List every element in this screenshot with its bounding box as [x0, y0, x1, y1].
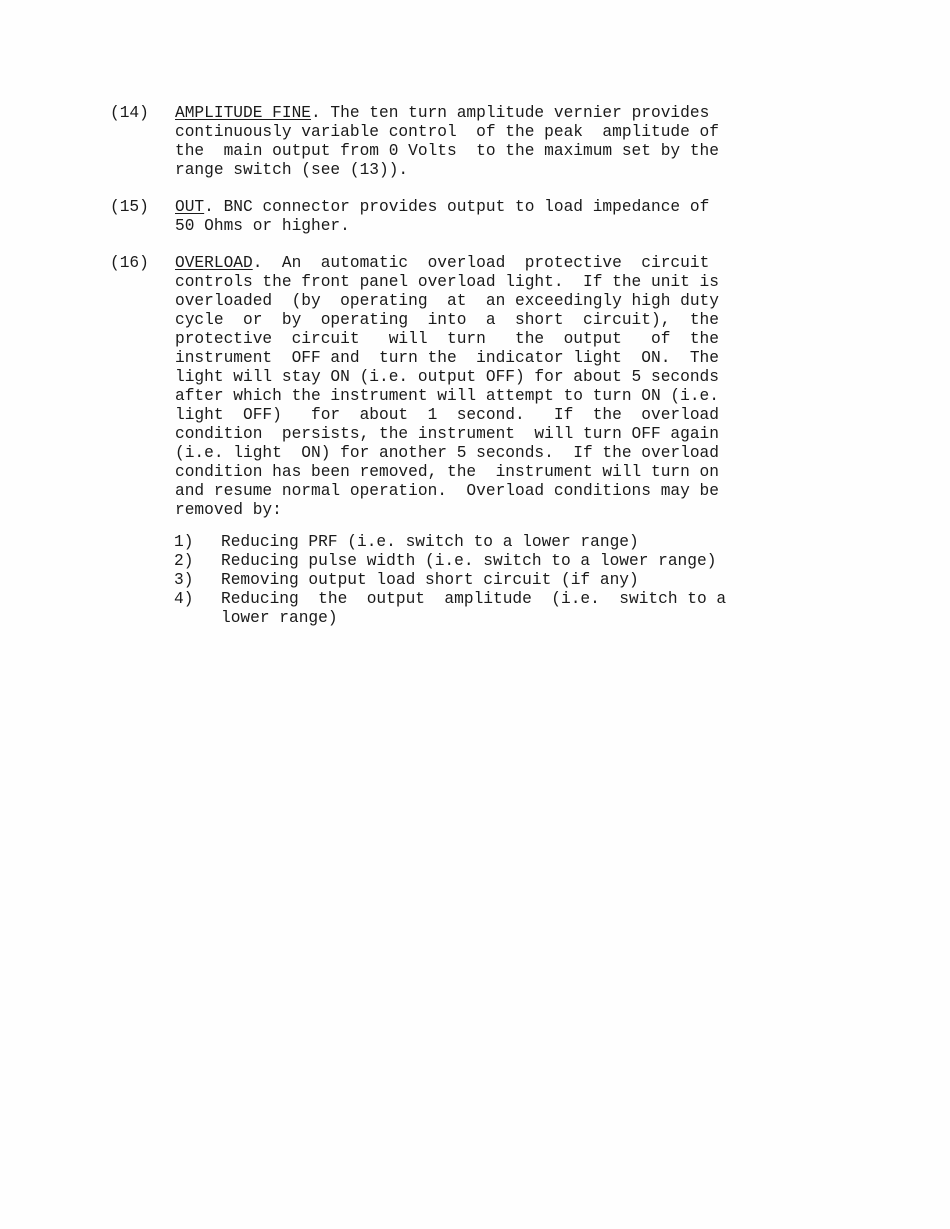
list-item-text: Reducing the output amplitude (i.e. swit… [221, 590, 726, 609]
list-item-text: Reducing PRF (i.e. switch to a lower ran… [221, 533, 639, 552]
item-line: after which the instrument will attempt … [175, 387, 719, 406]
item-line: and resume normal operation. Overload co… [175, 482, 719, 501]
item-line: the main output from 0 Volts to the maxi… [175, 142, 719, 161]
item-line: light will stay ON (i.e. output OFF) for… [175, 368, 719, 387]
list-item-number: 1) [174, 533, 193, 552]
item-title: AMPLITUDE FINE [175, 104, 311, 122]
list-item-text: Reducing pulse width (i.e. switch to a l… [221, 552, 716, 571]
item-line: continuously variable control of the pea… [175, 123, 719, 142]
list-item-number: 3) [174, 571, 193, 590]
list-item-number: 4) [174, 590, 193, 609]
item-title: OUT [175, 198, 204, 216]
item-number: (14) [110, 104, 149, 123]
list-item-number: 2) [174, 552, 193, 571]
item-line: range switch (see (13)). [175, 161, 408, 180]
item-line: light OFF) for about 1 second. If the ov… [175, 406, 719, 425]
item-line: removed by: [175, 501, 282, 520]
list-item-text: lower range) [221, 609, 338, 628]
item-title: OVERLOAD [175, 254, 253, 272]
item-line: OUT. BNC connector provides output to lo… [175, 198, 709, 217]
list-item: 3) Removing output load short circuit (i… [174, 571, 814, 590]
item-line: condition has been removed, the instrume… [175, 463, 719, 482]
list-item: 1) Reducing PRF (i.e. switch to a lower … [174, 533, 814, 552]
list-item: 4) Reducing the output amplitude (i.e. s… [174, 590, 814, 628]
item-line: controls the front panel overload light.… [175, 273, 719, 292]
item-number: (16) [110, 254, 149, 273]
item-line: protective circuit will turn the output … [175, 330, 719, 349]
document-page: (14) AMPLITUDE FINE. The ten turn amplit… [0, 0, 950, 1229]
item-line: instrument OFF and turn the indicator li… [175, 349, 719, 368]
list-item-text: Removing output load short circuit (if a… [221, 571, 639, 590]
item-line: (i.e. light ON) for another 5 seconds. I… [175, 444, 719, 463]
item-line: AMPLITUDE FINE. The ten turn amplitude v… [175, 104, 709, 123]
item-line: condition persists, the instrument will … [175, 425, 719, 444]
item-line: 50 Ohms or higher. [175, 217, 350, 236]
list-item: 2) Reducing pulse width (i.e. switch to … [174, 552, 814, 571]
item-line: cycle or by operating into a short circu… [175, 311, 719, 330]
item-line: OVERLOAD. An automatic overload protecti… [175, 254, 709, 273]
item-line: overloaded (by operating at an exceeding… [175, 292, 719, 311]
item-number: (15) [110, 198, 149, 217]
